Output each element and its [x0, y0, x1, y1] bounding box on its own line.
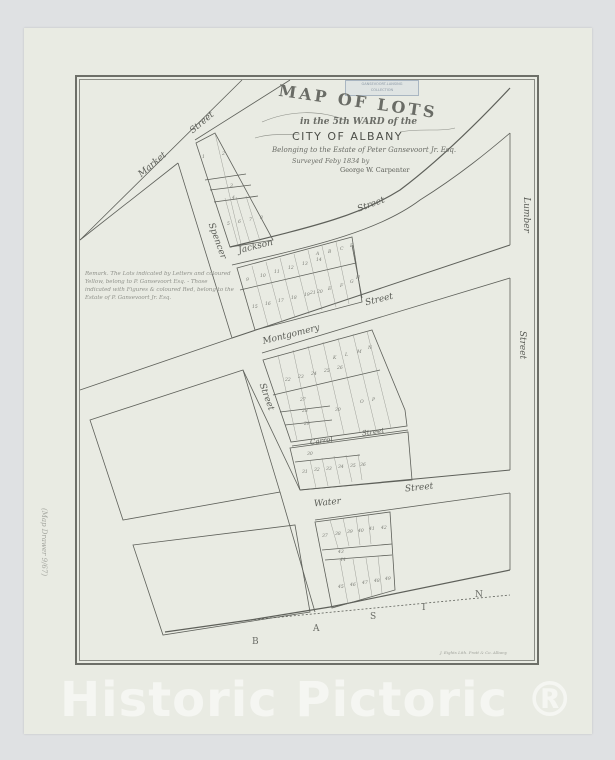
lot-label: 23	[298, 375, 304, 380]
lot-label: 10	[260, 274, 266, 279]
lot-label: 18	[291, 296, 297, 301]
lot-label: 41	[369, 527, 375, 532]
lot-label: 25	[324, 369, 330, 374]
lot-label: O	[360, 400, 364, 405]
basin-letter-n: N	[475, 590, 483, 600]
lot-label: 37	[322, 534, 328, 539]
lot-label: F	[340, 284, 343, 289]
survey-date: Surveyed Feby 1834 by	[292, 157, 369, 165]
lot-label: B	[328, 250, 331, 255]
lot-label: 46	[350, 583, 356, 588]
lot-label: E	[328, 287, 331, 292]
lot-label: 17	[278, 299, 284, 304]
surveyor-name: George W. Carpenter	[340, 166, 410, 174]
lot-label: 13	[302, 262, 308, 267]
lot-label: 32	[314, 468, 320, 473]
map-lines	[0, 0, 615, 760]
lot-label: M	[357, 350, 362, 355]
lot-label: D	[350, 244, 354, 249]
lot-label: L	[345, 353, 348, 358]
lot-label: 31	[302, 470, 308, 475]
map-remark: Remark. The Lots indicated by Letters an…	[85, 270, 235, 302]
lot-label: 7	[249, 218, 252, 223]
lot-label: 28	[302, 409, 308, 414]
lot-label: 16	[265, 302, 271, 307]
lot-label: 11	[274, 270, 280, 275]
basin-letter-a: A	[313, 624, 320, 634]
lot-label: N	[368, 346, 372, 351]
lot-label: 30	[307, 452, 313, 457]
lot-label: C	[340, 247, 343, 252]
lot-label: 22	[285, 378, 291, 383]
lot-label: H	[356, 276, 360, 281]
lot-label: 44	[340, 558, 346, 563]
ward-line: in the 5th WARD of the	[300, 117, 417, 127]
city-name: CITY OF ALBANY	[292, 130, 403, 143]
street-label-lumber-street: Street	[517, 331, 527, 359]
lot-label: A	[316, 252, 319, 257]
lot-label: 47	[362, 581, 368, 586]
lot-label: 19	[304, 293, 310, 298]
lot-label: 12	[288, 266, 294, 271]
street-label-lumber: Lumber	[521, 197, 531, 233]
lot-label: 49	[385, 577, 391, 582]
lot-label: 6	[238, 220, 241, 225]
lot-label: G	[350, 280, 354, 285]
lot-label: 48	[374, 579, 380, 584]
lot-label: 8	[260, 216, 263, 221]
lot-label: 5	[227, 222, 230, 227]
lot-label: 20	[317, 290, 323, 295]
lot-label: 4	[232, 196, 235, 201]
lot-label: 34	[338, 465, 344, 470]
lot-label: 1	[202, 155, 205, 160]
lot-label: 2	[222, 152, 225, 157]
lot-label: 42	[381, 526, 387, 531]
lot-label: K	[333, 356, 336, 361]
lot-label: P	[372, 398, 375, 403]
basin-letter-b: B	[252, 637, 259, 647]
lot-label: 15	[252, 305, 258, 310]
lot-label: 9	[246, 278, 249, 283]
watermark: Historic Pictoric ®	[60, 672, 575, 728]
lot-label: 35	[350, 464, 356, 469]
lot-label: 30	[335, 408, 341, 413]
lot-label: 33	[326, 467, 332, 472]
engraver-credit: J. Eights Lith. Pratt & Co. Albany	[440, 650, 507, 655]
lot-label: 38	[335, 532, 341, 537]
lot-label: 36	[360, 463, 366, 468]
lot-label: 45	[338, 585, 344, 590]
lot-label: 26	[337, 366, 343, 371]
lot-label: 43	[338, 550, 344, 555]
estate-line: Belonging to the Estate of Peter Gansevo…	[272, 146, 456, 154]
lot-label: 39	[347, 530, 353, 535]
lot-label: 27	[300, 398, 306, 403]
lot-label: 14	[316, 258, 322, 263]
lot-label: 40	[358, 529, 364, 534]
basin-letter-i: I	[422, 603, 426, 613]
lot-label: 3	[230, 184, 233, 189]
lot-label: 21	[310, 291, 316, 296]
lot-label: 24	[311, 372, 317, 377]
lot-label: 29	[304, 422, 310, 427]
margin-handwritten-note: (Map Drawer 9/67)	[40, 508, 48, 576]
basin-letter-s: S	[370, 612, 376, 622]
